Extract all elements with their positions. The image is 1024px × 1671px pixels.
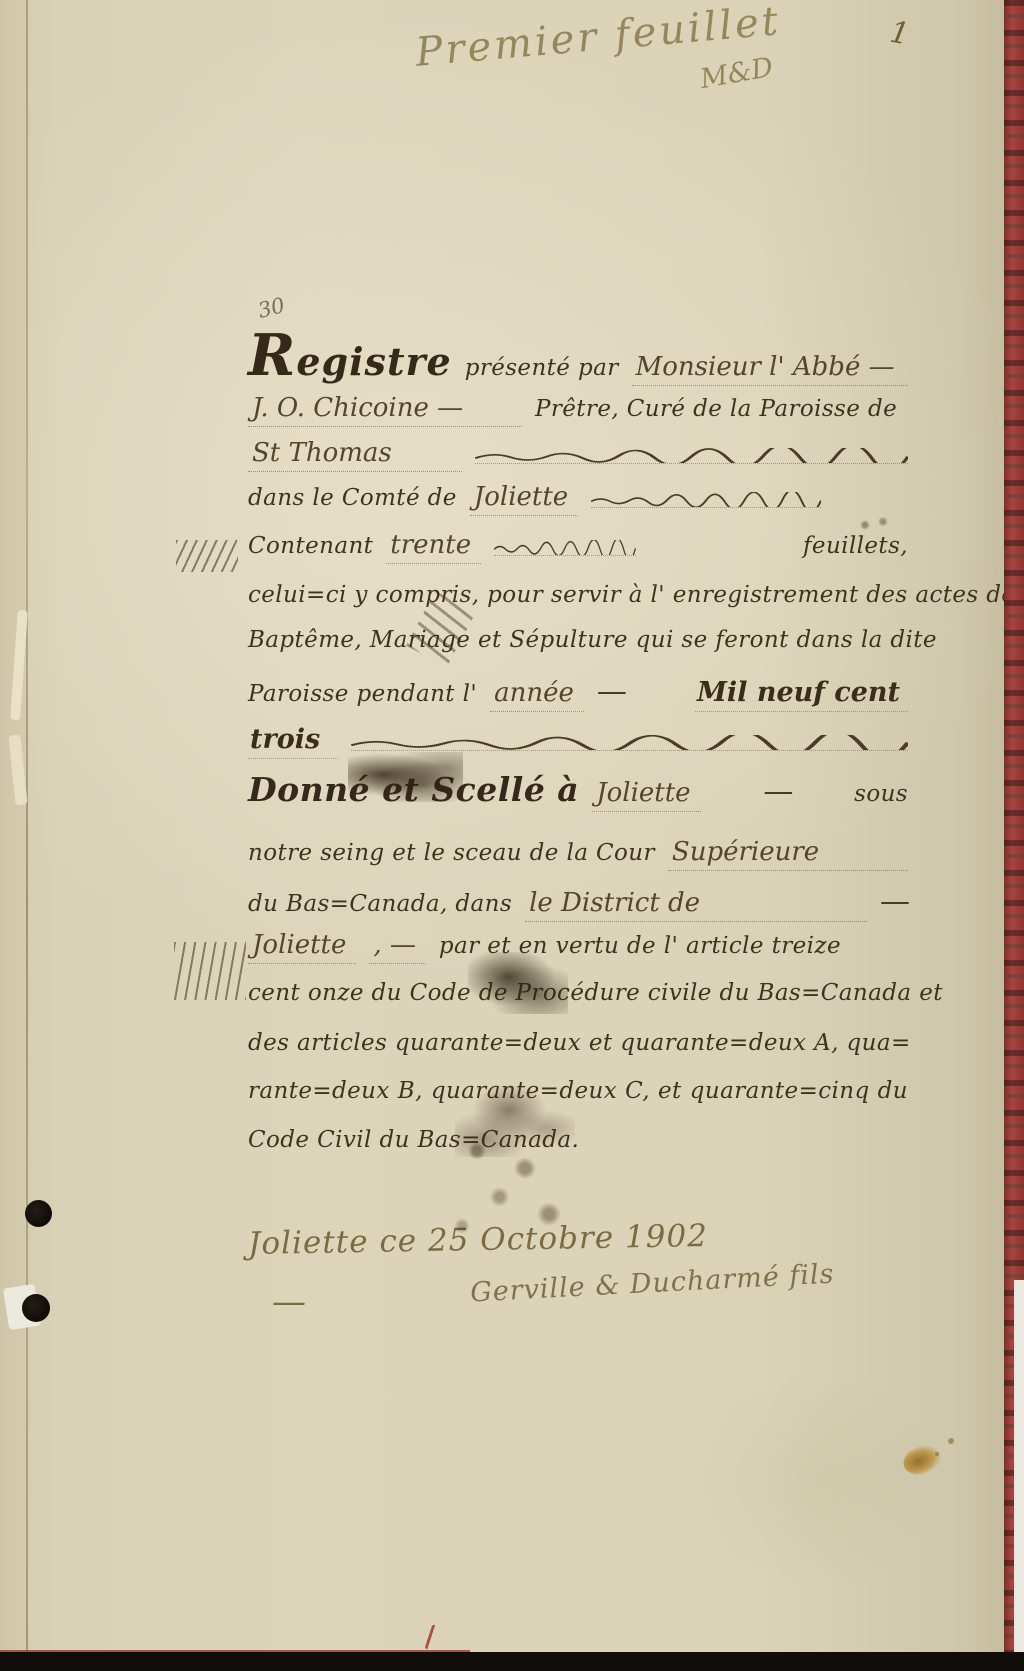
form-text: du Bas=Canada, dans bbox=[248, 891, 512, 917]
stain-dot bbox=[948, 1438, 954, 1444]
register-line: du Bas=Canada, dans le District de — bbox=[248, 884, 908, 922]
margin-smudge bbox=[174, 942, 246, 1000]
page-crease bbox=[26, 0, 28, 1652]
filled-entry: J. O. Chicoine — bbox=[248, 393, 522, 427]
filled-entry: Supérieure bbox=[668, 837, 908, 871]
ink-blot bbox=[468, 952, 568, 1014]
register-line: dans le Comté de Joliette bbox=[248, 482, 908, 516]
register-line: Joliette , — par et en vertu de l' artic… bbox=[248, 930, 908, 964]
filled-entry: année bbox=[490, 678, 584, 712]
punch-hole bbox=[22, 1294, 50, 1322]
form-text: sous bbox=[854, 781, 908, 807]
filled-entry: , — bbox=[369, 930, 426, 964]
dash-mark: — bbox=[763, 774, 791, 809]
register-line: rante=deux B, quarante=deux C, et quaran… bbox=[248, 1078, 908, 1104]
form-text: Paroisse pendant l' bbox=[248, 681, 477, 707]
filled-entry: trente bbox=[386, 530, 481, 564]
register-line: celui=ci y compris, pour servir à l' enr… bbox=[248, 582, 908, 608]
register-line: St Thomas bbox=[248, 438, 908, 472]
filled-entry: St Thomas bbox=[248, 438, 462, 472]
pencil-note: 30 bbox=[255, 293, 287, 323]
register-line: Baptême, Mariage et Sépulture qui se fer… bbox=[248, 627, 908, 653]
dash-mark: — bbox=[272, 1282, 304, 1322]
register-line: des articles quarante=deux et quarante=d… bbox=[248, 1030, 908, 1056]
filled-entry: Monsieur l' Abbé — bbox=[632, 352, 908, 386]
dash-mark: — bbox=[597, 674, 625, 709]
form-text: cent onze du Code de Procédure civile du… bbox=[248, 980, 943, 1006]
form-text: celui=ci y compris, pour servir à l' enr… bbox=[248, 582, 1015, 608]
filled-entry: le District de bbox=[525, 888, 867, 922]
form-text: Contenant bbox=[248, 533, 373, 559]
register-line: cent onze du Code de Procédure civile du… bbox=[248, 980, 908, 1006]
register-line: Paroisse pendant l' année — Mil neuf cen… bbox=[248, 674, 908, 712]
filled-entry: Joliette bbox=[470, 482, 578, 516]
stain-dot bbox=[935, 1452, 939, 1456]
form-text: Baptême, Mariage et Sépulture qui se fer… bbox=[248, 627, 937, 653]
backdrop-sliver bbox=[1014, 1280, 1024, 1671]
register-line: Donné et Scellé à Joliette — sous bbox=[248, 770, 908, 812]
register-line: Registre présenté par Monsieur l' Abbé — bbox=[248, 322, 908, 389]
pencil-ticks bbox=[855, 514, 895, 536]
page-number: 1 bbox=[887, 15, 912, 53]
photo-backdrop-bottom bbox=[0, 1652, 1024, 1671]
foxing-stain bbox=[690, 1370, 950, 1590]
form-text: notre seing et le sceau de la Cour bbox=[248, 840, 655, 866]
ornate-title-word: Registre bbox=[248, 322, 452, 389]
filled-entry: Joliette bbox=[592, 778, 700, 812]
signature: Gerville & Ducharmé fils bbox=[469, 1258, 835, 1308]
form-text: rante=deux B, quarante=deux C, et quaran… bbox=[248, 1078, 908, 1104]
scanned-register-photo: Premier feuillet M&D 1 30 Registre prése… bbox=[0, 0, 1024, 1671]
form-text: présenté par bbox=[465, 355, 619, 381]
punch-hole bbox=[25, 1200, 52, 1227]
filler-squiggle bbox=[351, 735, 908, 751]
form-text: feuillets, bbox=[803, 533, 908, 559]
register-line: trois bbox=[248, 724, 908, 759]
form-text: des articles quarante=deux et quarante=d… bbox=[248, 1030, 911, 1056]
register-line: notre seing et le sceau de la Cour Supér… bbox=[248, 837, 908, 871]
header-initials: M&D bbox=[698, 52, 776, 95]
ink-blot bbox=[348, 752, 463, 802]
filled-entry: trois bbox=[248, 724, 338, 759]
filler-squiggle bbox=[591, 492, 821, 508]
filler-squiggle bbox=[475, 448, 908, 464]
underlying-page-edge bbox=[0, 0, 27, 1652]
ink-splatter bbox=[432, 1128, 582, 1243]
filler-squiggle bbox=[494, 540, 635, 556]
register-line: Contenant trente feuillets, bbox=[248, 530, 908, 564]
register-page: Premier feuillet M&D 1 30 Registre prése… bbox=[0, 0, 1006, 1652]
filled-entry: Joliette bbox=[248, 930, 356, 964]
margin-smudge bbox=[176, 540, 238, 572]
form-text: dans le Comté de bbox=[248, 485, 457, 511]
form-text: Prêtre, Curé de la Paroisse de bbox=[535, 396, 897, 422]
dash-mark: — bbox=[880, 884, 908, 919]
filled-entry: Mil neuf cent bbox=[695, 677, 908, 712]
register-line: J. O. Chicoine — Prêtre, Curé de la Paro… bbox=[248, 393, 908, 427]
